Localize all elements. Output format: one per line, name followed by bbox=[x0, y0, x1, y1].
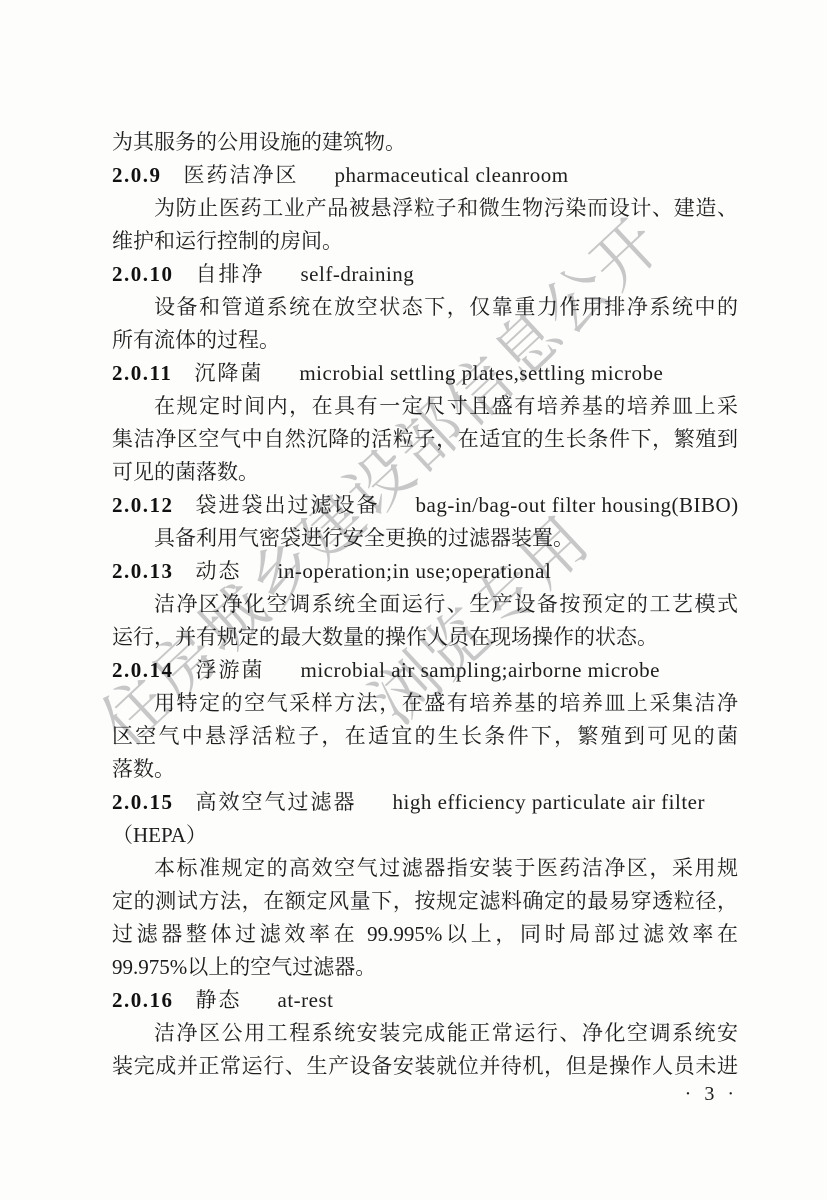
term-number: 2.0.9 bbox=[112, 163, 162, 187]
terminology-text-block: 为其服务的公用设施的建筑物。2.0.9医药洁净区pharmaceutical c… bbox=[112, 126, 738, 1083]
term-english-name: microbial air sampling;airborne microbe bbox=[301, 658, 660, 682]
term-chinese-name: 动态 bbox=[196, 559, 242, 583]
term-chinese-name: 袋进袋出过滤设备 bbox=[196, 493, 380, 517]
body-line: 在规定时间内，在具有一定尺寸且盛有培养基的培养皿上采 bbox=[112, 390, 738, 423]
term-line: 2.0.10自排净self-draining bbox=[112, 258, 738, 291]
term-english-name: bag-in/bag-out filter housing(BIBO) bbox=[416, 493, 739, 517]
body-line: 区空气中悬浮活粒子，在适宜的生长条件下，繁殖到可见的菌 bbox=[112, 720, 738, 753]
term-chinese-name: 自排净 bbox=[196, 262, 265, 286]
body-line: 本标准规定的高效空气过滤器指安装于医药洁净区，采用规 bbox=[112, 852, 738, 885]
term-line: 2.0.12袋进袋出过滤设备bag-in/bag-out filter hous… bbox=[112, 489, 738, 522]
body-line: 装完成并正常运行、生产设备安装就位并待机，但是操作人员未进 bbox=[112, 1050, 738, 1083]
term-number: 2.0.13 bbox=[112, 559, 174, 583]
body-line: （HEPA） bbox=[112, 819, 738, 852]
term-line: 2.0.13动态in-operation;in use;operational bbox=[112, 555, 738, 588]
body-line: 用特定的空气采样方法，在盛有培养基的培养皿上采集洁净 bbox=[112, 687, 738, 720]
body-line: 洁净区公用工程系统安装完成能正常运行、净化空调系统安 bbox=[112, 1017, 738, 1050]
body-line: 落数。 bbox=[112, 753, 738, 786]
body-line: 为防止医药工业产品被悬浮粒子和微生物污染而设计、建造、 bbox=[112, 192, 738, 225]
term-chinese-name: 静态 bbox=[196, 988, 242, 1012]
term-english-name: self-draining bbox=[301, 262, 415, 286]
term-number: 2.0.12 bbox=[112, 493, 174, 517]
term-chinese-name: 沉降菌 bbox=[194, 361, 263, 385]
term-line: 2.0.16静态at-rest bbox=[112, 984, 738, 1017]
term-chinese-name: 浮游菌 bbox=[196, 658, 265, 682]
body-line: 所有流体的过程。 bbox=[112, 324, 738, 357]
body-line: 集洁净区空气中自然沉降的活粒子，在适宜的生长条件下，繁殖到 bbox=[112, 423, 738, 456]
body-line: 设备和管道系统在放空状态下，仅靠重力作用排净系统中的 bbox=[112, 291, 738, 324]
body-line: 过滤器整体过滤效率在 99.995%以上，同时局部过滤效率在 bbox=[112, 918, 738, 951]
term-chinese-name: 高效空气过滤器 bbox=[196, 790, 357, 814]
term-number: 2.0.11 bbox=[112, 361, 172, 385]
term-line: 2.0.14浮游菌microbial air sampling;airborne… bbox=[112, 654, 738, 687]
body-line: 定的测试方法，在额定风量下，按规定滤料确定的最易穿透粒径， bbox=[112, 885, 738, 918]
term-chinese-name: 医药洁净区 bbox=[184, 163, 299, 187]
term-english-name: high efficiency particulate air filter bbox=[393, 790, 705, 814]
term-number: 2.0.16 bbox=[112, 988, 174, 1012]
body-line: 洁净区净化空调系统全面运行、生产设备按预定的工艺模式 bbox=[112, 588, 738, 621]
term-english-name: microbial settling plates,settling micro… bbox=[299, 361, 663, 385]
term-line: 2.0.11沉降菌microbial settling plates,settl… bbox=[112, 357, 738, 390]
term-english-name: at-rest bbox=[278, 988, 334, 1012]
body-line: 具备利用气密袋进行安全更换的过滤器装置。 bbox=[112, 522, 738, 555]
body-line: 99.975%以上的空气过滤器。 bbox=[112, 951, 738, 984]
document-page: 住房城乡建设部信息公开 浏览专用 为其服务的公用设施的建筑物。2.0.9医药洁净… bbox=[0, 0, 827, 1200]
term-line: 2.0.9医药洁净区pharmaceutical cleanroom bbox=[112, 159, 738, 192]
body-line: 可见的菌落数。 bbox=[112, 456, 738, 489]
page-number: · 3 · bbox=[685, 1082, 738, 1106]
term-number: 2.0.15 bbox=[112, 790, 174, 814]
term-number: 2.0.10 bbox=[112, 262, 174, 286]
body-line: 维护和运行控制的房间。 bbox=[112, 225, 738, 258]
body-line: 运行，并有规定的最大数量的操作人员在现场操作的状态。 bbox=[112, 621, 738, 654]
term-english-name: pharmaceutical cleanroom bbox=[335, 163, 569, 187]
term-number: 2.0.14 bbox=[112, 658, 174, 682]
term-english-name: in-operation;in use;operational bbox=[278, 559, 552, 583]
term-line: 2.0.15高效空气过滤器high efficiency particulate… bbox=[112, 786, 738, 819]
body-line: 为其服务的公用设施的建筑物。 bbox=[112, 126, 738, 159]
